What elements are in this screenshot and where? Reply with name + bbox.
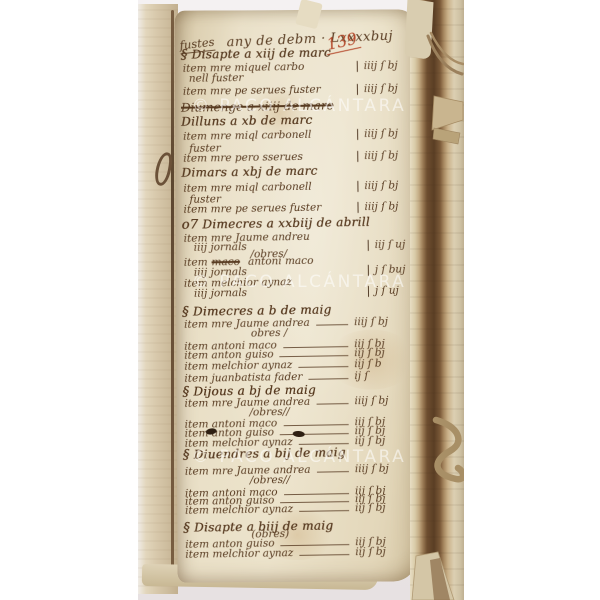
ledger-line-amount: iij ſ bj (355, 435, 401, 447)
leader-line (316, 403, 348, 405)
curled-strap-icon (436, 420, 463, 479)
ledger-line-text: item melchior aynaz (185, 504, 293, 517)
ledger-line: §Disapte a xiij de marc (181, 46, 397, 60)
ledger-line-amount: iiij ſ bj (357, 83, 399, 95)
ledger-line-text: Dimecres a xxbiij de abrill (202, 217, 370, 231)
manuscript-photo: any de debm · Lxxxxbuj 139 fustes §Disap… (138, 0, 464, 600)
ledger-line-amount: iiij ſ bj (357, 128, 399, 140)
paragraph-mark: § (183, 450, 190, 461)
leader-line (281, 544, 350, 546)
ledger-line: o7Dimecres a xxbiij de abrill (182, 216, 398, 230)
ledger-line-amount: iiij ſ bj (357, 180, 399, 192)
paragraph-mark: § (182, 387, 189, 398)
ledger-line-amount: iiij ſ bj (357, 150, 399, 162)
ledger-line-text: Dimars a xbj de marc (181, 166, 317, 179)
binding-thread (171, 10, 174, 584)
ledger-line-text: item mre pe serues fuster (183, 203, 321, 216)
leader-line (298, 366, 348, 368)
ledger-line: item melchior aynaziij ſ bj (185, 502, 401, 516)
ledger-line-amount: iij ſ b (354, 358, 400, 370)
ledger-line-text: nell fuster (189, 73, 244, 85)
ledger-line-amount: iiij ſ bj (357, 201, 399, 213)
watermark-text: © PACO ALCÁNTARA (192, 96, 406, 116)
vellum-strap-icon (433, 128, 460, 144)
ledger-line-amount: ij ſ (354, 370, 400, 382)
paragraph-mark: § (181, 50, 188, 61)
cord-strap-icon (431, 33, 463, 64)
leader-line (299, 554, 349, 556)
ledger-line-text: Dimecres a b de maig (193, 304, 332, 317)
leader-line (317, 471, 349, 473)
ledger-line-text: Disapte a xiij de marc (191, 47, 330, 60)
vellum-strap-icon (432, 96, 463, 130)
watermark-text: © PACO ALCÁNTARA (192, 447, 406, 467)
ledger-line-amount: iij ſ bj (355, 502, 401, 514)
ledger-line-text: Dilluns a xb de marc (181, 115, 313, 128)
ledger-line-amount: iij ſ bj (355, 546, 401, 558)
ledger-line-amount: iij ſ uj (368, 239, 410, 251)
ledger-lines: §Disapte a xiij de marcitem mre miquel c… (175, 9, 417, 10)
ledger-line: item mre pe serues fusteriiij ſ bj (183, 201, 399, 215)
ledger-line-amount: iiij ſ bj (354, 395, 400, 407)
watermark-text: © PACO ALCÁNTARA (192, 272, 406, 292)
ledger-line-text: item mre pero sserues (183, 152, 303, 165)
ledger-line: item mre pero sseruesiiij ſ bj (183, 150, 399, 164)
ledger-line-text: item mre miql carbonell (183, 130, 311, 143)
leader-line (280, 355, 349, 357)
paragraph-mark: o7 (182, 219, 199, 230)
ledger-line-text: item melchior aynaz (185, 548, 293, 561)
ledger-line-text: /obres// (250, 475, 290, 487)
ledger-line-amount: iiij ſ bj (354, 316, 400, 328)
leader-line (308, 378, 348, 380)
leader-line (316, 324, 348, 326)
leader-line (280, 433, 349, 435)
ledger-line: Dimars a xbj de marc (181, 164, 397, 178)
fore-edge-straps (410, 0, 464, 600)
ledger-line-text: obres / (251, 328, 288, 340)
leader-line (299, 510, 349, 512)
paragraph-mark: § (182, 307, 189, 318)
ledger-line: item melchior aynaziij ſ bj (185, 546, 401, 560)
